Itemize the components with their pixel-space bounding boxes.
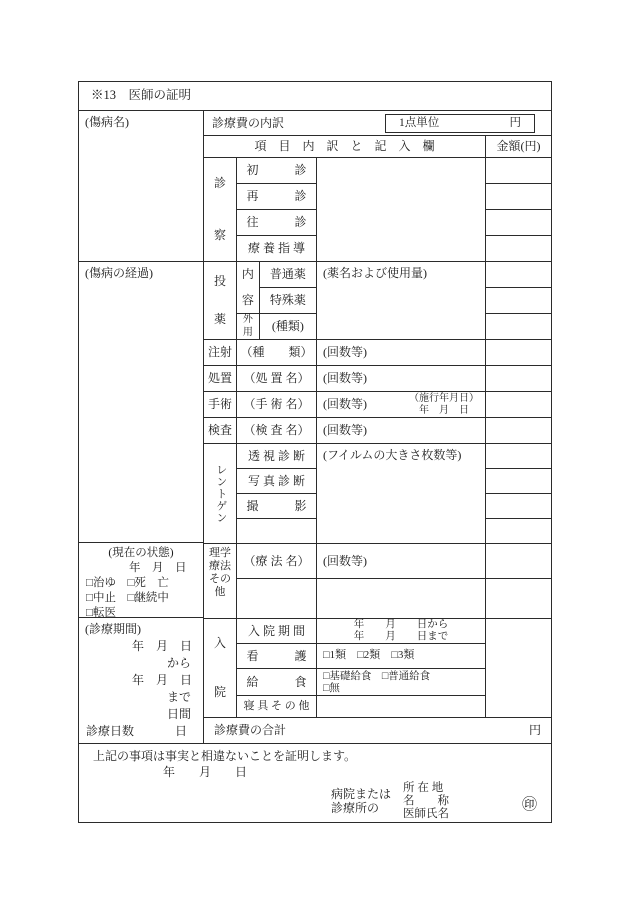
xray-section: レントゲン 透 視 診 断 写 真 診 断 撮 影 (フイルムの大きさ枚数等) [204, 444, 551, 544]
amount-cell[interactable] [486, 340, 551, 365]
surgery-hint: (回数等) [323, 397, 367, 412]
amount-cell[interactable] [486, 184, 551, 210]
disease-name-cell[interactable]: (傷病名) [79, 111, 203, 262]
exam-entry-area[interactable] [317, 158, 486, 261]
hosp-nursing-options[interactable]: □1類 □2類 □3類 [317, 644, 485, 669]
exam-vertical-label: 診察 [204, 158, 237, 261]
seal-mark: ㊞ [522, 796, 537, 815]
total-currency: 円 [529, 723, 551, 738]
hospitalization-section: 入院 入 院 期 間 看 護 給 食 寝 具 そ の 他 年 月 日から 年 月… [204, 619, 551, 718]
exam-section: 診察 初 診 再 診 往 診 療 養 指 導 [204, 158, 551, 262]
exam-row-first-visit: 初 診 [237, 158, 316, 184]
hosp-row-bedding: 寝 具 そ の 他 [237, 696, 316, 717]
xray-vertical-label: レントゲン [204, 444, 237, 543]
current-state-cell: (現在の状態) 年 月 日 □治ゆ □死 亡 □中止 □継続中 □転医 [79, 543, 203, 618]
medication-entry-hint: (薬名および使用量) [323, 266, 427, 280]
amount-cell[interactable] [486, 210, 551, 236]
treatment-period-to-label: まで [79, 689, 203, 706]
amount-cell[interactable] [486, 519, 551, 543]
physio-entry-blank[interactable] [317, 579, 485, 618]
total-label: 診療費の合計 [204, 723, 286, 738]
treatment-period-days-label: 日間 [79, 706, 203, 723]
surgery-date-line: 年 月 日 [409, 405, 479, 417]
hosp-row-nursing: 看 護 [237, 644, 316, 669]
amount-cell[interactable] [486, 579, 551, 618]
physio-name-blank[interactable] [237, 579, 316, 618]
physio-section: 理学 療法 その 他 （療 法 名） (回数等) [204, 544, 551, 619]
amount-cell[interactable] [486, 418, 551, 443]
test-entry-area[interactable]: (回数等) [317, 418, 486, 443]
surgery-date-label: （施行年月日） [409, 393, 479, 405]
certification-section: 上記の事項は事実と相違ないことを証明します。 年 月 日 病院または 診療所の … [79, 743, 551, 823]
amount-header: 金額(円) [486, 136, 551, 157]
fee-breakdown-label: 診療費の内訳 [204, 116, 284, 131]
amount-cell[interactable] [486, 469, 551, 494]
amount-cell[interactable] [486, 619, 551, 717]
amount-cell[interactable] [486, 494, 551, 519]
amount-cell[interactable] [486, 236, 551, 261]
surgery-row: 手術 （手 術 名） (回数等) （施行年月日） 年 月 日 [204, 392, 551, 418]
surgery-name: （手 術 名） [237, 392, 317, 417]
hosp-meal-options[interactable]: □基礎給食 □普通給食 □無 [317, 669, 485, 696]
physio-entry-area[interactable]: (回数等) [317, 544, 485, 579]
physio-hint: (回数等) [323, 554, 367, 569]
xray-row-imaging: 撮 影 [237, 494, 316, 519]
treatment-period-cell: (診療期間) 年 月 日 から 年 月 日 まで 日間 診療日数 日 [79, 618, 203, 743]
procedure-label: 処置 [204, 366, 237, 391]
test-hint: (回数等) [323, 423, 367, 438]
exam-row-revisit: 再 診 [237, 184, 316, 210]
physio-vertical-label: 理学 療法 その 他 [204, 544, 237, 618]
amount-cell[interactable] [486, 544, 551, 579]
visit-days-label: 診療日数 [79, 723, 134, 740]
amount-cell[interactable] [486, 444, 551, 469]
checkbox-row-cured-died[interactable]: □治ゆ □死 亡 [79, 576, 203, 591]
procedure-name: （処 置 名） [237, 366, 317, 391]
xray-row-fluoroscopy: 透 視 診 断 [237, 444, 316, 469]
facility-name-label[interactable]: 名 称 [403, 795, 449, 808]
medication-type-regular: 普通薬 [260, 262, 316, 288]
hosp-bedding-entry[interactable] [317, 696, 485, 717]
items-header: 項 目 内 訳 と 記 入 欄 [204, 136, 486, 157]
form-title: ※13 医師の証明 [79, 82, 551, 111]
point-unit-currency: 円 [510, 116, 535, 130]
exam-row-house-call: 往 診 [237, 210, 316, 236]
doctor-name-label[interactable]: 医師氏名 [403, 808, 449, 821]
treatment-period-date-from[interactable]: 年 月 日 [79, 638, 203, 655]
checkbox-row-stopped-continuing[interactable]: □中止 □継続中 [79, 591, 203, 606]
amount-cell[interactable] [486, 158, 551, 184]
medical-certificate-form: ※13 医師の証明 (傷病名) (傷病の経過) (現在の状態) 年 月 日 □治… [78, 81, 552, 823]
medication-entry-area[interactable]: (薬名および使用量) [317, 262, 486, 339]
certification-date[interactable]: 年 月 日 [79, 764, 551, 781]
xray-entry-hint: (フイルムの大きさ枚数等) [323, 448, 461, 462]
medication-vertical-label: 投薬 [204, 262, 237, 339]
medication-external-label: 外用 [237, 314, 259, 339]
treatment-period-from-label: から [79, 655, 203, 672]
exam-row-care-guidance: 療 養 指 導 [237, 236, 316, 261]
disease-name-label: (傷病名) [85, 115, 129, 129]
medication-internal-label: 内容 [237, 262, 259, 314]
xray-entry-area[interactable]: (フイルムの大きさ枚数等) [317, 444, 486, 543]
amount-cell[interactable] [486, 366, 551, 391]
physio-name: （療 法 名） [237, 544, 316, 579]
visit-days-unit: 日 [175, 723, 203, 740]
point-unit-label: 1点単位 [386, 116, 439, 130]
procedure-hint: (回数等) [323, 371, 367, 386]
facility-label: 病院または 診療所の [331, 787, 391, 821]
certification-statement: 上記の事項は事実と相違ないことを証明します。 [79, 749, 551, 764]
medication-type-kind: (種類) [260, 314, 316, 339]
disease-course-cell[interactable]: (傷病の経過) [79, 262, 203, 543]
treatment-period-date-to[interactable]: 年 月 日 [79, 672, 203, 689]
procedure-row: 処置 （処 置 名） (回数等) [204, 366, 551, 392]
current-state-date[interactable]: 年 月 日 [79, 561, 203, 576]
total-row: 診療費の合計 円 [204, 718, 551, 743]
facility-fields: 所 在 地 名 称 医師氏名 [403, 782, 449, 821]
facility-address-label[interactable]: 所 在 地 [403, 782, 449, 795]
medication-section: 投薬 内容 外用 普通薬 特殊薬 (種類) [204, 262, 551, 340]
amount-cell[interactable] [486, 288, 551, 314]
fee-table: 診療費の内訳 1点単位 円 項 目 内 訳 と 記 入 欄 金額(円) 診察 初… [204, 111, 551, 743]
hosp-meal-line1: □基礎給食 □普通給食 [323, 671, 485, 683]
hospitalization-vertical-label: 入院 [204, 619, 237, 717]
procedure-entry-area[interactable]: (回数等) [317, 366, 486, 391]
treatment-period-heading: (診療期間) [79, 621, 203, 638]
injection-entry-area[interactable]: (回数等) [317, 340, 486, 365]
hosp-row-period: 入 院 期 間 [237, 619, 316, 644]
xray-row-photo: 写 真 診 断 [237, 469, 316, 494]
test-row: 検査 （検 査 名） (回数等) [204, 418, 551, 444]
amount-cell[interactable] [486, 314, 551, 339]
xray-row-blank[interactable] [237, 519, 316, 543]
test-name: （検 査 名） [237, 418, 317, 443]
hosp-row-meals: 給 食 [237, 669, 316, 696]
injection-label: 注射 [204, 340, 237, 365]
amount-cell[interactable] [486, 262, 551, 288]
point-unit-box[interactable]: 1点単位 円 [385, 114, 535, 133]
surgery-date-block[interactable]: （施行年月日） 年 月 日 [409, 393, 479, 417]
current-state-heading: (現在の状態) [79, 546, 203, 561]
hosp-period-entry[interactable]: 年 月 日から 年 月 日まで [317, 619, 485, 644]
medication-type-special: 特殊薬 [260, 288, 316, 314]
hosp-period-to: 年 月 日まで [354, 631, 449, 643]
surgery-entry-area[interactable]: (回数等) （施行年月日） 年 月 日 [317, 392, 486, 417]
injection-hint: (回数等) [323, 345, 367, 360]
injection-row: 注射 （種 類） (回数等) [204, 340, 551, 366]
test-label: 検査 [204, 418, 237, 443]
fee-breakdown-row: 診療費の内訳 1点単位 円 [204, 111, 551, 136]
hosp-period-from: 年 月 日から [354, 619, 449, 631]
left-column: (傷病名) (傷病の経過) (現在の状態) 年 月 日 □治ゆ □死 亡 □中止… [79, 111, 204, 743]
amount-cell[interactable] [486, 392, 551, 417]
hosp-meal-line2: □無 [323, 683, 485, 695]
surgery-label: 手術 [204, 392, 237, 417]
disease-course-label: (傷病の経過) [85, 266, 153, 280]
table-header-row: 項 目 内 訳 と 記 入 欄 金額(円) [204, 136, 551, 158]
injection-name: （種 類） [237, 340, 317, 365]
